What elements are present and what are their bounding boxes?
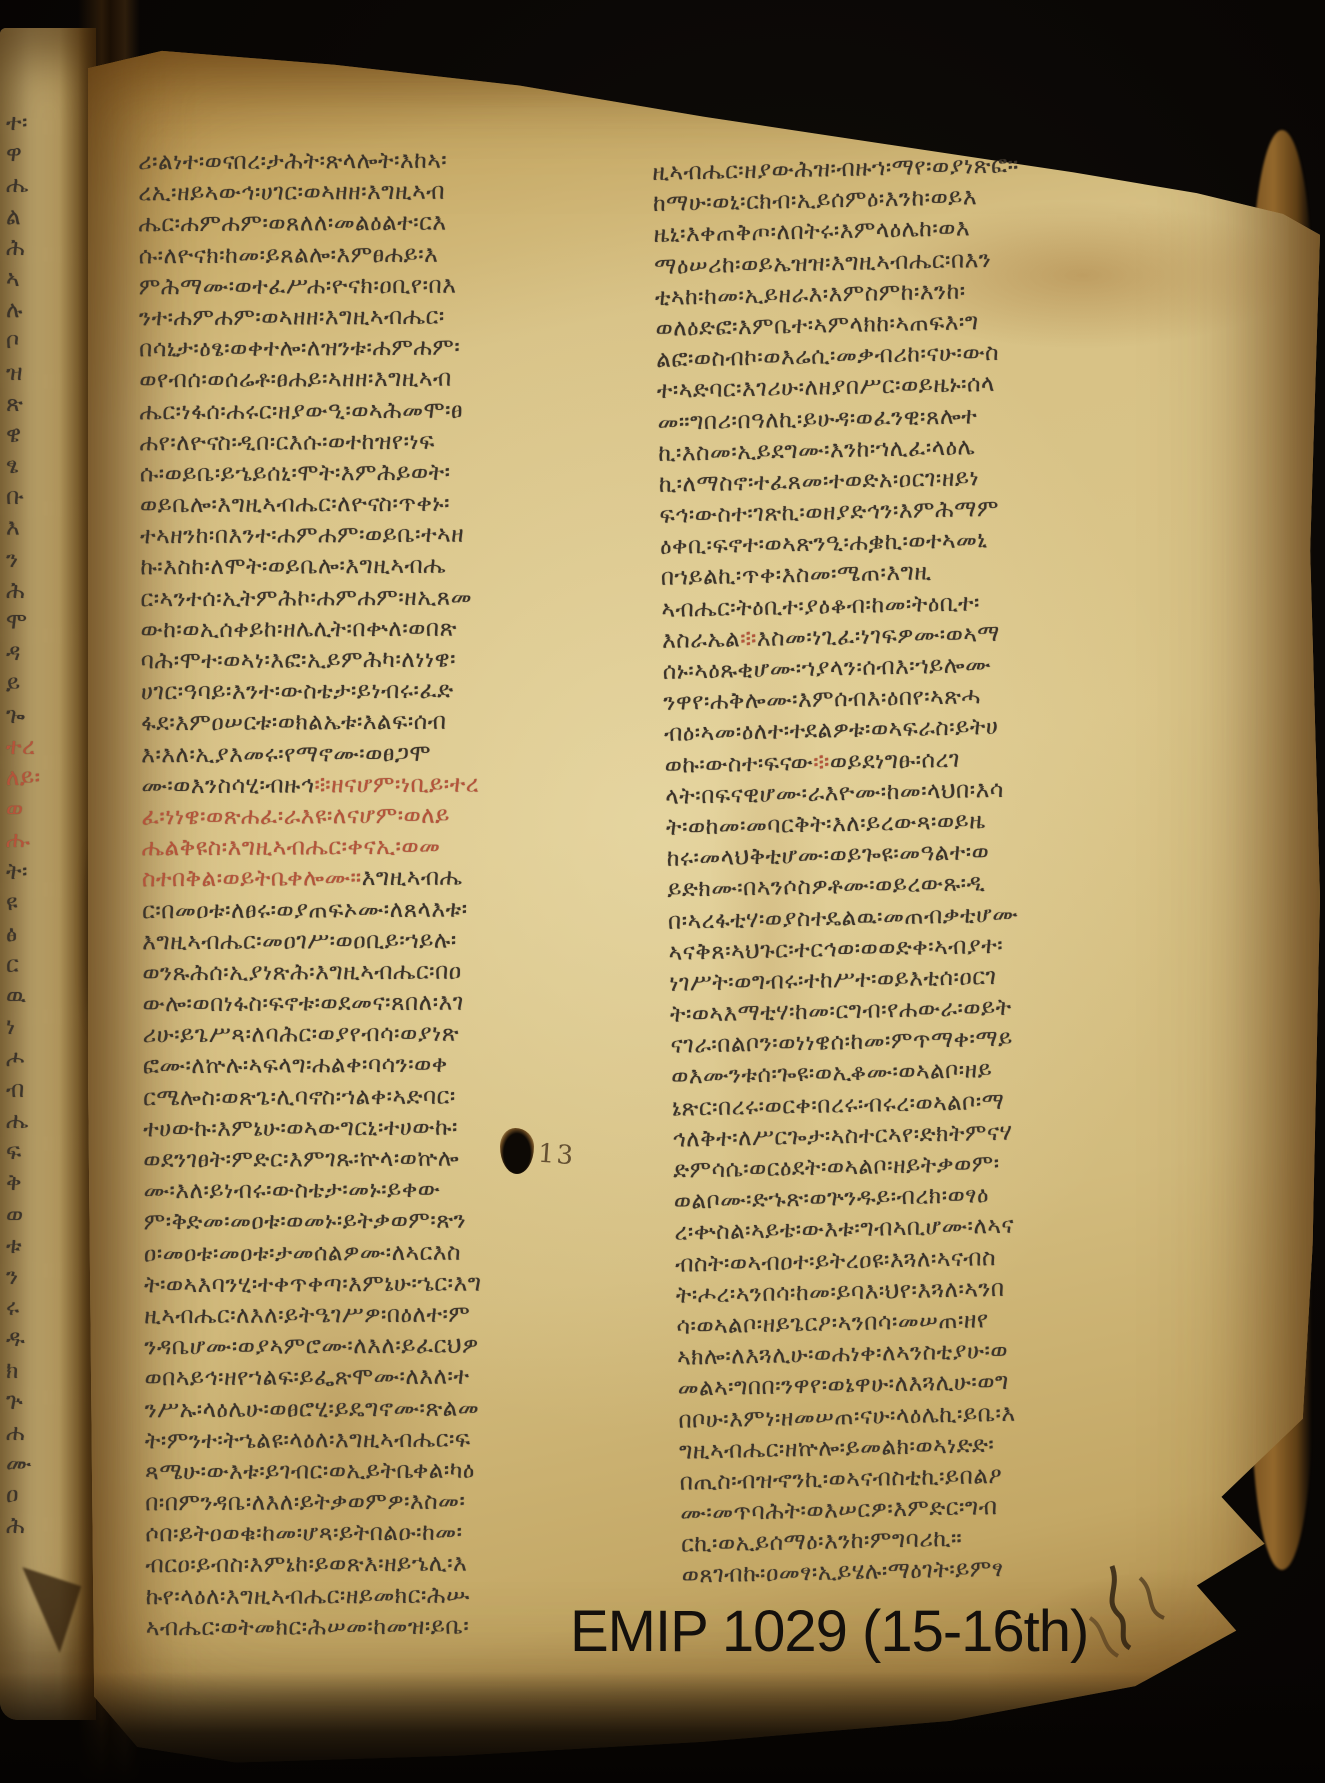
- text-line: ብ: [6, 1075, 80, 1106]
- text-line: ውሎ፡ወበነፋስ፡ፍኖቱ፡ወደመና፡ጸበለ፡እገ: [142, 987, 647, 1021]
- text-line: ሑ: [6, 825, 80, 856]
- ink-segment: ኩየ፡ላዕለ፡እግዚኣብሔር፡ዘይመክር፡ሕሡ: [146, 1582, 470, 1610]
- text-line: ንዳቤሆሙ፡ወያኣምሮሙ፡ለእለ፡ይፈርህዎ: [144, 1330, 649, 1364]
- ink-segment: ዕቀቢ፡ፍኖተ፡ወኣጽንዒ፡ሐቌኪ፡ወተኣመኒ: [660, 527, 988, 560]
- ink-segment: ፍኅ፡ውስተ፡ገጽኪ፡ወዘያድኅን፡እምሕማም: [659, 496, 999, 529]
- text-line: ር፡ኣንተሰ፡ኢትምሕኮ፡ሐምሐም፡ዘኢጸመ: [140, 581, 645, 615]
- ink-segment: ቡ: [6, 484, 24, 510]
- ink-segment: ም፡ቅድመ፡መዐቱ፡ወመኑ፡ይትቃወም፡ጽን: [144, 1208, 467, 1236]
- text-line: ፄ: [6, 451, 80, 482]
- facing-page-text-column: ተ፡ዋሔልሕኣሉቦዝጽዌፄቡእንሕሞዳይጐተረለይ፡ወሑት፡ዩፅርዉነሖብሔፍቅ…: [6, 108, 80, 1543]
- text-line: እ: [6, 513, 80, 544]
- text-line: ሙ፡እለ፡ይነብሩ፡ውስቴታ፡መኑ፡ይቀው: [143, 1174, 648, 1208]
- ink-segment: ኣክሎ፡ለእጓሊሁ፡ወሐነቀ፡ለኣንስቲያሁ፡ወ: [677, 1338, 1008, 1371]
- text-line: ጐ: [6, 701, 80, 732]
- ink-segment: ንተ፡ሐምሐም፡ወኣዘዘ፡እግዚኣብሔር፡: [139, 304, 445, 332]
- ink-segment: ጕ: [6, 1389, 23, 1415]
- ink-segment: እግዚኣብሔር፡መዐገሥ፡ወዐቢይ፡ኀይሉ፡: [142, 927, 457, 955]
- ink-segment: ዋ: [6, 141, 22, 167]
- text-line: ቡ: [6, 482, 80, 513]
- ink-segment: ወይቤሎ፡እግዚኣብሔር፡ለዮናስ፡ጥቀኑ፡: [140, 491, 450, 519]
- ink-segment: ር፡በመዐቱ፡ለፀሩ፡ወያጠፍኦሙ፡ለጸላእቱ፡: [142, 896, 468, 924]
- ink-segment: ኣናቅጸ፡ኣህጉር፡ተርኅወ፡ወወድቀ፡ኣብያተ፡: [668, 933, 1003, 966]
- ink-segment: ሙ፡ወእንስሳሂ፡ብዙኅ: [141, 772, 314, 799]
- ink-segment: ር: [6, 952, 19, 978]
- ink-segment: ጐ: [6, 703, 26, 729]
- text-line: ባሕ፡ሞተ፡ወኣነ፡እፎ፡ኢይምሕካ፡ለነነዌ፡: [141, 644, 646, 678]
- rubric-segment: ሔልቅዩስ፡እግዚኣብሔር፡ቀናኢ፡ወመ: [142, 834, 441, 862]
- ink-segment: ኣ: [6, 266, 20, 292]
- text-line: ሖ: [6, 1044, 80, 1075]
- ink-segment: ዜኒ፡እቀጠቅጦ፡ለበትሩ፡እምላዕሌከ፡ወእ: [653, 216, 970, 249]
- text-line: ነ: [6, 1012, 80, 1043]
- ink-segment: በቦሁ፡እምነ፡ዘመሠጠ፡ናሁ፡ላዕሌኪ፡ይቤ፡እ: [678, 1400, 1016, 1433]
- text-line: ዋ: [6, 139, 80, 170]
- rubric-segment: ወ: [6, 796, 24, 822]
- ink-segment: እ፡እለ፡ኢያእመሩ፡የማኖሙ፡ወፀጋሞ: [141, 740, 431, 768]
- text-line: ፅ: [6, 919, 80, 950]
- ink-segment: ቅ: [6, 1170, 22, 1196]
- bottom-shadow: [0, 1672, 1325, 1783]
- text-line: እ፡እለ፡ኢያእመሩ፡የማኖሙ፡ወፀጋሞ: [141, 737, 646, 771]
- text-line: ን: [6, 1262, 80, 1293]
- text-line: ሔልቅዩስ፡እግዚኣብሔር፡ቀናኢ፡ወመ: [142, 831, 647, 865]
- ink-segment: ን: [6, 1264, 19, 1290]
- ink-segment: ንሥኡ፡ላዕሌሁ፡ወፀሮሂ፡ይዴግኖሙ፡ጽልመ: [145, 1395, 480, 1423]
- text-line: ኣ: [6, 264, 80, 295]
- ink-segment: ወበኣይኅ፡ዘየኀልፍ፡ይፌጽሞሙ፡ለእለ፡ተ: [144, 1364, 469, 1392]
- ink-segment: ሪ፡ልነተ፡ወናበረ፡ታሕት፡ጽላሎት፡እከኣ፡: [138, 148, 447, 176]
- ink-segment: ክ: [6, 1358, 19, 1384]
- ink-segment: ዐ፡መዐቱ፡መዐቱ፡ታመሰልዎሙ፡ለኣርእስ: [144, 1239, 461, 1267]
- ink-segment: ት፡ወኣእባንሂ፡ተቀጥቀጣ፡እምኔሁ፡ኄር፡እግ: [144, 1270, 482, 1298]
- text-line: ሔር፡ሐምሐም፡ወጸለለ፡መልዕልተ፡ርእ: [138, 207, 643, 241]
- ink-segment: ተሀውኩ፡እምኔሁ፡ወኣውግርኒ፡ተሀውኩ፡: [143, 1114, 458, 1142]
- rubric-segment: ዘናሆም፡ነቢይ፡ተረ: [331, 771, 479, 798]
- text-line: ጕ: [6, 1387, 80, 1418]
- text-line: ት፡ወኣእባንሂ፡ተቀጥቀጣ፡እምኔሁ፡ኄር፡እግ: [144, 1267, 649, 1301]
- ink-segment: ግዚኣብሔር፡ዘኵሎ፡ይመልክ፡ወኣነድድ፡: [679, 1432, 995, 1465]
- ink-segment: ነገሥት፡ወግብሩ፡ተከሥተ፡ወይእቲሰ፡ዐርገ: [669, 964, 997, 997]
- text-line: ውከ፡ወኢሰቀይከ፡ዘሌሊት፡በቍለ፡ወበጽ: [141, 612, 646, 646]
- ink-segment: ብዕ፡ኣመ፡ዕለተ፡ተደልዎቱ፡ወኣፍራስ፡ይትሀ: [664, 714, 999, 747]
- ink-segment: ሱ፡ወይቤ፡ይኄይሰኒ፡ሞት፡እምሕይወት፡: [140, 460, 451, 488]
- ink-segment: በሳኒታ፡ዕፄ፡ወቀተሎ፡ለዝንቱ፡ሐምሐም፡: [139, 335, 460, 363]
- text-line: ወ: [6, 1200, 80, 1231]
- ink-segment: ውሎ፡ወበነፋስ፡ፍኖቱ፡ወደመና፡ጸበለ፡እገ: [143, 990, 464, 1018]
- text-line: ተኣዘንከ፡በእንተ፡ሐምሐም፡ወይቤ፡ተኣዘ: [140, 519, 645, 553]
- ink-segment: ዌ: [6, 422, 22, 448]
- ink-segment: ዐ: [6, 1482, 19, 1508]
- ink-segment: እግዚኣብሔ: [362, 865, 463, 892]
- text-line: ርሜሎስ፡ወጽጌ፡ሊባኖስ፡ኀልቀ፡ኣድባር፡: [143, 1080, 648, 1114]
- foliation-marks: 13: [537, 1139, 576, 1172]
- ink-segment: ቱ: [6, 1233, 22, 1259]
- text-line: ዐ: [6, 1480, 80, 1511]
- ink-segment: ውከ፡ወኢሰቀይከ፡ዘሌሊት፡በቍለ፡ወበጽ: [141, 615, 457, 643]
- text-column-left: ሪ፡ልነተ፡ወናበረ፡ታሕት፡ጽላሎት፡እከኣ፡ረኢ፡ዘይኣውኅ፡ሀገር፡ወኣዘ…: [138, 145, 651, 1645]
- ink-segment: ምሕማሙ፡ወተፈሥሐ፡ዮናክ፡ዐቢየ፡በእ: [139, 272, 457, 300]
- ink-segment: ናገራ፡በልቦን፡ወነነዌሰ፡ከመ፡ምጥማቀ፡ማይ: [670, 1026, 1013, 1059]
- ink-segment: ሕ: [6, 1513, 25, 1539]
- ink-segment: መልኣ፡ግበበ፡ንዋየ፡ወኔዋሁ፡ለእጓሊሁ፡ወግ: [678, 1369, 1010, 1402]
- text-line: ር፡በመዐቱ፡ለፀሩ፡ወያጠፍኦሙ፡ለጸላእቱ፡: [142, 893, 647, 927]
- text-line: ዝ: [6, 358, 80, 389]
- ink-segment: ወእሙንቱሰ፡ጐዩ፡ወኢቆሙ፡ወኣልቦ፡ዘይ: [671, 1058, 993, 1091]
- ink-segment: ወኩ፡ውስተ፡ፍናው: [664, 749, 813, 778]
- ink-segment: ል: [6, 204, 21, 230]
- ink-segment: ብርዐ፡ይብስ፡እምኔከ፡ይወጽእ፡ዘይኄሊ፡እ: [145, 1551, 467, 1579]
- text-line: ንተ፡ሐምሐም፡ወኣዘዘ፡እግዚኣብሔር፡: [139, 301, 644, 335]
- ink-segment: ኩ፡እስከ፡ለሞት፡ወይቤሎ፡እግዚኣብሔ: [140, 553, 446, 581]
- text-line: ም፡ቅድመ፡መዐቱ፡ወመኑ፡ይትቃወም፡ጽን: [144, 1205, 649, 1239]
- ink-segment: ብስት፡ወኣብዐተ፡ይትረዐዩ፡እጓለ፡ኣናብስ: [675, 1245, 996, 1278]
- ink-segment: ይ: [6, 671, 21, 697]
- ink-segment: ድምሳሴ፡ወርዕደት፡ወኣልቦ፡ዘይትቃወም፡: [673, 1151, 1000, 1184]
- text-line: ት፡: [6, 857, 80, 888]
- text-line: ዳ: [6, 638, 80, 669]
- text-line: ሶበ፡ይትዐወቁ፡ከመ፡ሆጻ፡ይትበልዑ፡ከመ፡: [145, 1517, 650, 1551]
- ink-segment: ከሩ፡መላህቅቲሆሙ፡ወይጐዩ፡መዓልተ፡ወ: [666, 839, 989, 872]
- ink-segment: ፋደ፡እምዐሠርቱ፡ወክልኤቱ፡እልፍ፡ሰብ: [141, 709, 447, 737]
- ink-segment: ት፡ሖረ፡ኣንበሳ፡ከመ፡ይባእ፡ህየ፡እጓለ፡ኣንበ: [676, 1276, 1005, 1309]
- text-line: ሱ፡ለዮናክ፡ከመ፡ይጸልሎ፡እምፀሐይ፡እ: [139, 238, 644, 272]
- ink-segment: ወልቦሙ፡ድኁጽ፡ወጕንዱይ፡ብረክ፡ወፃዕ: [674, 1182, 990, 1215]
- ink-segment: ሔር፡ነፋሰ፡ሐሩር፡ዘያውዒ፡ወኣሕመሞ፡ፀ: [139, 397, 463, 425]
- text-line: ኩ፡እስከ፡ለሞት፡ወይቤሎ፡እግዚኣብሔ: [140, 550, 645, 584]
- ink-segment: ልፎ፡ወስብኮ፡ወእሬሲ፡መቃብሪከ፡ናሁ፡ውስ: [656, 340, 999, 373]
- text-line: ብርዐ፡ይብስ፡እምኔከ፡ይወጽእ፡ዘይኄሊ፡እ: [145, 1548, 650, 1582]
- ink-segment: እስራኤል: [662, 626, 741, 654]
- ink-segment: ኔጽር፡በረሩ፡ወርቀ፡በረሩ፡ብሩረ፡ወኣልቦ፡ማ: [672, 1088, 1005, 1121]
- ink-segment: ሱ፡ለዮናክ፡ከመ፡ይጸልሎ፡እምፀሐይ፡እ: [139, 241, 439, 269]
- ink-segment: ቲኣከ፡ከመ፡ኢይዘራእ፡እምስምከ፡እንከ፡: [655, 278, 966, 311]
- text-line: ምሕማሙ፡ወተፈሥሐ፡ዮናክ፡ዐቢየ፡በእ: [139, 269, 644, 303]
- ink-segment: ወለዕድፎ፡እምቤተ፡ኣምላክከ፡ኣጠፍእ፡ግ: [655, 309, 979, 342]
- ink-segment: ሶበ፡ይትዐወቁ፡ከመ፡ሆጻ፡ይትበልዑ፡ከመ፡: [145, 1520, 462, 1548]
- ink-segment: ሔ: [6, 1108, 29, 1134]
- ink-segment: ጽ: [6, 391, 23, 417]
- text-line: ሐ: [6, 1418, 80, 1449]
- ink-segment: ወደንገፀት፡ምድር፡እምገጹ፡ኵላ፡ወኵሎ: [143, 1146, 459, 1174]
- ink-segment: ሙ: [6, 1451, 32, 1477]
- ink-segment: ሕ: [6, 235, 25, 261]
- rubric-segment: ተረ: [6, 734, 35, 760]
- ink-segment: ሕ: [6, 578, 25, 604]
- ink-segment: ወ: [6, 1202, 24, 1228]
- text-line: ወበኣይኅ፡ዘየኀልፍ፡ይፌጽሞሙ፡ለእለ፡ተ: [144, 1361, 649, 1395]
- ink-segment: መ።ግበሪ፡በዓለኪ፡ይሁዳ፡ወፈንዊ፡ጸሎተ: [657, 403, 977, 436]
- text-line: ሕ: [6, 576, 80, 607]
- ink-segment: ተኣዘንከ፡በእንተ፡ሐምሐም፡ወይቤ፡ተኣዘ: [140, 522, 464, 550]
- rubric-segment: ፈ፡ነነዌ፡ወጽሐፈ፡ራእዩ፡ለናሆም፡ወለይ: [142, 803, 450, 831]
- text-line: ሕ: [6, 233, 80, 264]
- ink-segment: ዱ: [6, 1326, 25, 1352]
- ink-segment: ን: [6, 547, 19, 573]
- ink-segment: ወጸገብኩ፡ዐመፃ፡ኢይሄሉ፡ማዕገት፡ይምፃ: [681, 1556, 1003, 1589]
- ink-segment: ፅ: [6, 921, 18, 947]
- ink-segment: ፎሙ፡ለኵሉ፡ኣፍላግ፡ሐልቀ፡ባሳን፡ወቀ: [143, 1052, 448, 1080]
- text-line: ዌ: [6, 420, 80, 451]
- ink-segment: ብ: [6, 1077, 25, 1103]
- text-line: ዉ: [6, 981, 80, 1012]
- ink-segment: ወየብሰ፡ወሰሬቶ፡ፀሐይ፡ኣዘዘ፡እግዚኣብ: [139, 366, 452, 394]
- ink-segment: ር፡ኣንተሰ፡ኢትምሕኮ፡ሐምሐም፡ዘኢጸመ: [140, 584, 472, 612]
- ink-segment: ወይደነግፁ፡ሰረገ: [830, 746, 961, 775]
- text-line: በሳኒታ፡ዕፄ፡ወቀተሎ፡ለዝንቱ፡ሐምሐም፡: [139, 332, 644, 366]
- ink-segment: ት፡ምንተ፡ትኄልዩ፡ላዕለ፡እግዚኣብሔር፡ፍ: [145, 1426, 471, 1454]
- text-line: ጽ: [6, 389, 80, 420]
- text-line: ወየብሰ፡ወሰሬቶ፡ፀሐይ፡ኣዘዘ፡እግዚኣብ: [139, 363, 644, 397]
- ink-segment: በ፡በምንዳቤ፡ለእለ፡ይትቃወምዎ፡እስመ፡: [145, 1489, 465, 1517]
- ink-segment: ዳ: [6, 640, 21, 666]
- text-line: ረኢ፡ዘይኣውኅ፡ሀገር፡ወኣዘዘ፡እግዚኣብ: [138, 176, 643, 210]
- ink-segment: ሪሁ፡ይጌሥጻ፡ለባሕር፡ወያየብሳ፡ወያነጽ: [143, 1021, 459, 1049]
- text-line: ንሥኡ፡ላዕሌሁ፡ወፀሮሂ፡ይዴግኖሙ፡ጽልመ: [145, 1392, 650, 1426]
- ink-segment: ይድክሙ፡በኣንሶስዎቶሙ፡ወይረውጹ፡ዲ: [667, 870, 986, 903]
- text-line: ሪሁ፡ይጌሥጻ፡ለባሕር፡ወያየብሳ፡ወያነጽ: [143, 1018, 648, 1052]
- rubric-segment: ስተበቅል፡ወይትቤቀሎሙ።: [142, 865, 362, 892]
- ink-segment: ኪ፡ለማስኖ፡ተፈጸመ፡ተወድአ፡ዐርገ፡ዘይነ: [659, 465, 980, 498]
- text-line: ሔ: [6, 1106, 80, 1137]
- ink-segment: ዚኣብሔር፡ዘያውሕዝ፡ብዙኀ፡ማየ፡ወያነጽፎ።: [652, 152, 1019, 186]
- ink-segment: ንዋየ፡ሐቅሎሙ፡እምሰብእ፡ዕበየ፡ኣጽሓ: [663, 683, 981, 716]
- ink-segment: ኅለቅተ፡ለሥርጐታ፡ኣስተርኣየ፡ድክትምናሃ: [672, 1119, 1012, 1152]
- ink-segment: ሔር፡ሐምሐም፡ወጸለለ፡መልዕልተ፡ርእ: [138, 210, 446, 238]
- text-column-right: ዚኣብሔር፡ዘያውሕዝ፡ብዙኀ፡ማየ፡ወያነጽፎ።ከማሁ፡ወኒ፡ርክብ፡ኢይሰም…: [652, 145, 1282, 1592]
- text-line: ሉ: [6, 295, 80, 326]
- ink-segment: ት፡ወኣእማቲሃ፡ከመ፡ርግብ፡የሐውራ፡ወይት: [670, 995, 1012, 1028]
- text-line: ወይቤሎ፡እግዚኣብሔር፡ለዮናስ፡ጥቀኑ፡: [140, 488, 645, 522]
- ink-segment: ሙ፡መጥባሕት፡ወእሠርዎ፡እምድር፡ግብ: [680, 1494, 998, 1527]
- ink-segment: ሀገር፡ዓባይ፡እንተ፡ውስቴታ፡ይነብሩ፡ፈድ: [141, 678, 454, 706]
- ink-segment: ዚኣብሔር፡ለእለ፡ይትዔገሥዎ፡በዕለተ፡ም: [144, 1302, 470, 1330]
- text-line: ፍ: [6, 1137, 80, 1168]
- text-line: ስተበቅል፡ወይትቤቀሎሙ።እግዚኣብሔ: [142, 862, 647, 896]
- ink-segment: ሔ: [6, 172, 29, 198]
- ink-segment: ዩ: [6, 890, 18, 916]
- text-line: ዚኣብሔር፡ለእለ፡ይትዔገሥዎ፡በዕለተ፡ም: [144, 1299, 649, 1333]
- rubric-segment: ፨: [314, 772, 331, 798]
- ink-segment: ት፡ወከመ፡መባርቅት፡እለ፡ይረውጻ፡ወይዜ: [666, 808, 986, 841]
- text-line: ሀገር፡ዓባይ፡እንተ፡ውስቴታ፡ይነብሩ፡ፈድ: [141, 675, 646, 709]
- ink-segment: ነ: [6, 1014, 16, 1040]
- text-line: ሐየ፡ለዮናስ፡ዲበ፡ርእሱ፡ወተከዝየ፡ነፍ: [140, 425, 645, 459]
- ink-segment: ላት፡በፍናዊሆሙ፡ራእዮሙ፡ከመ፡ላህበ፡እሳ: [665, 777, 1004, 810]
- rubric-segment: ፨: [813, 749, 830, 775]
- text-line: ር: [6, 950, 80, 981]
- text-line: በ፡በምንዳቤ፡ለእለ፡ይትቃወምዎ፡እስመ፡: [145, 1486, 650, 1520]
- ink-segment: ሳ፡ወኣልቦ፡ዘይጌርዖ፡ኣንበሳ፡መሠጠ፡ዘየ: [676, 1307, 989, 1340]
- ink-segment: ት፡: [6, 859, 28, 885]
- rubric-segment: ለይ፡: [6, 765, 41, 791]
- text-line: ዱ: [6, 1324, 80, 1355]
- ink-segment: ማዕሠሪከ፡ወይኤዝዝ፡እግዚኣብሔር፡በእን: [654, 246, 992, 279]
- text-line: ፈ፡ነነዌ፡ወጽሐፈ፡ራእዩ፡ለናሆም፡ወለይ: [142, 800, 647, 834]
- ink-segment: ዝ: [6, 360, 23, 386]
- manuscript-photograph: ተ፡ዋሔልሕኣሉቦዝጽዌፄቡእንሕሞዳይጐተረለይ፡ወሑት፡ዩፅርዉነሖብሔፍቅ…: [0, 0, 1325, 1783]
- ink-segment: ሰኑ፡ኣዕጹቂሆሙ፡ኀያላን፡ሰብእ፡ኀይሎሙ: [662, 652, 991, 685]
- ink-segment: ተ፡ኣድባር፡እገሪሁ፡ለዘያበሥር፡ወይዜኑ፡ሰላ: [657, 371, 996, 404]
- rubric-segment: ፨: [740, 626, 757, 652]
- text-line: ሔ: [6, 170, 80, 201]
- ink-segment: ርሜሎስ፡ወጽጌ፡ሊባኖስ፡ኀልቀ፡ኣድባር፡: [143, 1083, 456, 1111]
- ink-segment: ባሕ፡ሞተ፡ወኣነ፡እፎ፡ኢይምሕካ፡ለነነዌ፡: [141, 647, 456, 675]
- ink-segment: ሩ: [6, 1295, 20, 1321]
- text-line: ሙ: [6, 1449, 80, 1480]
- rubric-segment: ሑ: [6, 827, 30, 853]
- text-line: ሔር፡ነፋሰ፡ሐሩር፡ዘያውዒ፡ወኣሕመሞ፡ፀ: [139, 394, 644, 428]
- ink-segment: ረ፡ቍስል፡ኣይቴ፡ውእቱ፡ግብኣቢሆሙ፡ለኣና: [674, 1213, 1014, 1246]
- ink-segment: ፍ: [6, 1139, 22, 1165]
- ink-segment: ዉ: [6, 983, 26, 1009]
- text-line: ሕ: [6, 1511, 80, 1542]
- text-line: ሱ፡ወይቤ፡ይኄይሰኒ፡ሞት፡እምሕይወት፡: [140, 457, 645, 491]
- ink-segment: ተ፡: [6, 110, 28, 136]
- ink-segment: ሐ: [6, 1420, 25, 1446]
- ink-segment: ከማሁ፡ወኒ፡ርክብ፡ኢይሰምዕ፡እንከ፡ወይእ: [653, 184, 978, 217]
- ink-segment: ንዳቤሆሙ፡ወያኣምሮሙ፡ለእለ፡ይፈርህዎ: [144, 1333, 479, 1361]
- text-line: ተ፡: [6, 108, 80, 139]
- ink-segment: ሞ: [6, 609, 28, 635]
- ink-segment: እስመ፡ነጊፈ፡ነገፍዎሙ፡ወኣማ: [757, 621, 1001, 652]
- text-line: ል: [6, 202, 80, 233]
- text-line: ዐ፡መዐቱ፡መዐቱ፡ታመሰልዎሙ፡ለኣርእስ: [144, 1236, 649, 1270]
- ink-segment: ረኢ፡ዘይኣውኅ፡ሀገር፡ወኣዘዘ፡እግዚኣብ: [138, 179, 445, 207]
- text-line: ን: [6, 545, 80, 576]
- ink-segment: ሐየ፡ለዮናስ፡ዲበ፡ርእሱ፡ወተከዝየ፡ነፍ: [140, 428, 435, 456]
- text-line: እግዚኣብሔር፡መዐገሥ፡ወዐቢይ፡ኀይሉ፡: [142, 924, 647, 958]
- text-line: ወንጹሕሰ፡ኢያነጽሕ፡እግዚኣብሔር፡በዐ: [142, 956, 647, 990]
- ink-segment: በ፡ኣረፋቲሃ፡ወያስተዴልዉ፡መጠብቃቲሆሙ: [668, 901, 1019, 934]
- ink-segment: ፄ: [6, 453, 19, 479]
- text-line: ሪ፡ልነተ፡ወናበረ፡ታሕት፡ጽላሎት፡እከኣ፡: [138, 145, 643, 179]
- text-line: ይ: [6, 669, 80, 700]
- ink-segment: ኣብሔር፡ወትመክር፡ሕሠመ፡ከመዝ፡ይቤ፡: [146, 1613, 470, 1641]
- ink-segment: ሖ: [6, 1046, 25, 1072]
- ink-segment: እ: [6, 515, 20, 541]
- text-line: ት፡ምንተ፡ትኄልዩ፡ላዕለ፡እግዚኣብሔር፡ፍ: [145, 1423, 650, 1457]
- ink-segment: ርኪ፡ወኢይሰማዕ፡እንከ፡ምግባሪኪ።: [681, 1526, 963, 1558]
- ink-segment: በጢስ፡ብዝኆንኪ፡ወኣናብስቲኪ፡ይበልዖ: [679, 1463, 1002, 1496]
- text-line: ሙ፡ወእንስሳሂ፡ብዙኅ፨ዘናሆም፡ነቢይ፡ተረ: [141, 768, 646, 802]
- ink-segment: ወንጹሕሰ፡ኢያነጽሕ፡እግዚኣብሔር፡በዐ: [142, 959, 461, 987]
- ink-segment: ሉ: [6, 297, 23, 323]
- text-line: ፎሙ፡ለኵሉ፡ኣፍላግ፡ሐልቀ፡ባሳን፡ወቀ: [143, 1049, 648, 1083]
- text-line: ቅ: [6, 1168, 80, 1199]
- text-line: ፋደ፡እምዐሠርቱ፡ወክልኤቱ፡እልፍ፡ሰብ: [141, 706, 646, 740]
- ink-segment: ቦ: [6, 328, 20, 354]
- text-line: ተረ: [6, 732, 80, 763]
- text-line: ጻሜሁ፡ውእቱ፡ይገብር፡ወኢይትቤቀል፡ካዕ: [145, 1455, 650, 1489]
- ink-segment: በኀይልኪ፡ጥቀ፡እስመ፡ሜጠ፡እግዚ: [661, 560, 932, 592]
- text-line: ቱ: [6, 1231, 80, 1262]
- caption: EMIP 1029 (15-16th): [570, 1598, 1130, 1665]
- text-line: ለይ፡: [6, 763, 80, 794]
- ink-segment: ኪ፡እስመ፡ኢይደግሙ፡እንከ፡ኀሊፈ፡ላዕሌ: [658, 434, 975, 467]
- text-line: ወ: [6, 794, 80, 825]
- text-line: ሞ: [6, 607, 80, 638]
- text-line: ዩ: [6, 888, 80, 919]
- ink-segment: ሙ፡እለ፡ይነብሩ፡ውስቴታ፡መኑ፡ይቀው: [143, 1177, 440, 1205]
- text-line: ክ: [6, 1356, 80, 1387]
- ink-segment: ኣብሔር፡ትዕቢተ፡ያዕቆብ፡ከመ፡ትዕቢተ፡: [661, 590, 980, 623]
- ink-segment: ጻሜሁ፡ውእቱ፡ይገብር፡ወኢይትቤቀል፡ካዕ: [145, 1457, 475, 1485]
- text-line: ሩ: [6, 1293, 80, 1324]
- text-line: ቦ: [6, 326, 80, 357]
